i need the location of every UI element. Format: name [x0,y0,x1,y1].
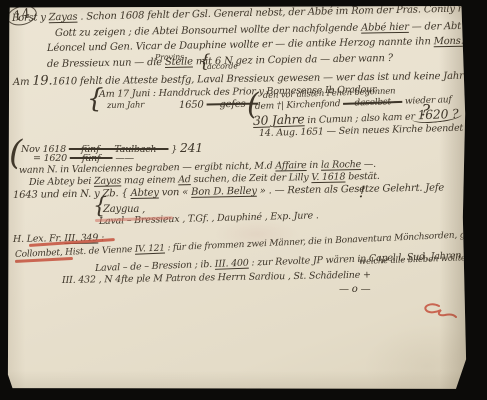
handwritten-line: welche alle blieben wollten ; [359,254,477,267]
handwritten-text: von « [159,187,192,199]
handwritten-text: in [306,160,321,171]
handwritten-text: —. [361,159,376,170]
handwritten-text: Zayas [94,175,121,186]
handwritten-line: zum Jahr [107,101,144,110]
handwritten-line: — o — [339,285,370,295]
handwritten-text: Abtey [130,187,158,198]
handwritten-text: Zaygua , [103,204,145,215]
handwritten-text: — daselbst — [343,97,403,109]
handwritten-text: III. 400 [215,258,249,270]
handwritten-text: — der Abt zu [409,21,476,33]
handwritten-text: suchen, die Zeit der Lilly [191,172,312,185]
handwritten-text: Gott zu zeigen ; die Abtei Bonsournel wo… [55,23,361,39]
handwritten-text: Am [13,77,32,88]
handwritten-text: V. 1618 [311,171,345,183]
handwritten-line: Léoncel und Gen. Vicar de Dauphine wollt… [47,36,487,54]
handwritten-text: » . — Resten als Gesetze Gelehrt. Jefe [257,182,444,196]
handwritten-text: 1643 und ein N. y Zb. { [13,188,131,201]
handwritten-text: Ad [178,174,191,185]
handwritten-text: Collombet, Hist. de Vienne [15,245,135,260]
handwritten-text: 19. [32,73,52,88]
ink-brace: { [87,86,104,112]
handwritten-text: Mons. [434,36,464,48]
handwritten-text: IV. 121 [135,243,165,254]
handwritten-text: mit 6 N gez in Copien da — aber wann ? [193,53,393,67]
handwritten-text: la Roche [321,159,361,171]
handwritten-text: Bon D. Belley [191,186,257,198]
manuscript-page: 14 Forst y Zayas . Schon 1608 fehlt der … [7,6,467,390]
ink-brace: ( [9,136,22,170]
handwritten-text: bestät. [345,171,380,183]
handwritten-text: 1610 fehlt die Atteste bestfg, Laval Bre… [52,69,487,87]
handwritten-line: = 1620 — fünf — —— [33,154,134,164]
scanned-notecard-photo: 14 Forst y Zayas . Schon 1608 fehlt der … [0,0,487,400]
handwritten-text: Abbé hier [361,22,409,34]
handwritten-text: Zayas [49,12,78,24]
handwritten-line: Zaygua , [103,205,145,215]
handwritten-text: Stelle [165,56,193,67]
handwritten-text: zum Jahr [107,100,144,111]
handwritten-text: — o — [339,284,370,295]
handwritten-text: — fünf — [70,153,113,164]
handwritten-text: mag einem [121,174,178,186]
handwritten-line: Am 19.1610 fehlt die Atteste bestfg, Lav… [13,67,487,88]
handwritten-text: Affaire [275,160,306,172]
handwritten-text: dem †| Kirchenfond [255,99,343,112]
handwritten-text: = 1620 [33,153,70,164]
red-margin-mark [417,300,457,322]
handwritten-text: 241 [180,141,203,155]
handwritten-text: Janne [464,35,487,47]
handwritten-text: Die Abtey bei [29,176,94,188]
handwritten-text: : für die frommen zwei Männer, die in Bo… [165,228,487,254]
handwritten-text: de Bressieux nun — die [47,57,165,70]
handwritten-text: } [168,144,179,155]
ink-brace: ( [247,90,259,120]
handwritten-line: ! [358,184,365,200]
handwritten-text: 1650 [179,100,207,111]
ink-brace: { [93,196,107,218]
handwritten-text: 30 Jahre [253,112,305,128]
handwritten-text: ! [358,182,366,201]
ink-brace: { [199,53,210,71]
handwritten-text: Forst y [12,12,49,24]
handwritten-text: Léoncel und Gen. Vicar de Dauphine wollt… [47,36,434,54]
handwritten-text: . Schon 1608 fehlt der Gsl. General nebs… [77,2,487,23]
